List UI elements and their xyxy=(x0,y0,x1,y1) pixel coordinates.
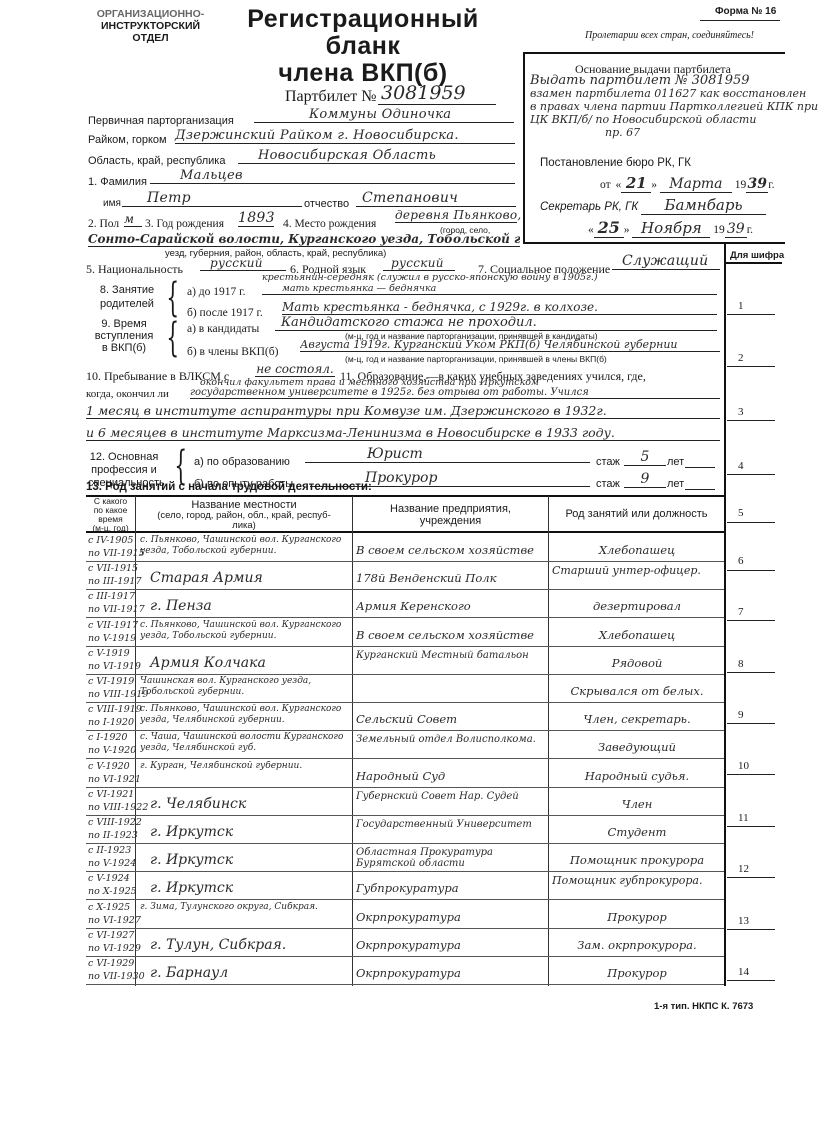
form-number: Форма № 16 xyxy=(715,6,776,17)
row-organization: В своем сельском хозяйстве xyxy=(356,543,546,557)
oblast-value: Новосибирская Область xyxy=(238,148,515,164)
education-value-3: и 6 месяцев в институте Марксизма-Ленини… xyxy=(86,425,720,441)
parents-before-value-1: крестьянин-середняк (служил в русско-япо… xyxy=(262,272,717,283)
cipher-number: 11 xyxy=(738,812,749,824)
row-position: Прокурор xyxy=(552,910,722,924)
cipher-number: 10 xyxy=(738,760,749,772)
member-caption: (м-ц, год и название парторганизации, пр… xyxy=(345,354,607,364)
basis-box-left-border xyxy=(523,52,525,244)
row-place: с. Пьянково, Чашинской вол. Курганского … xyxy=(140,620,350,642)
row-to-date: по VII-1915 xyxy=(88,548,145,559)
parents-label-1: 8. Занятие xyxy=(96,283,158,297)
cipher-number: 4 xyxy=(738,460,744,472)
row-place: Армия Колчака xyxy=(140,655,350,671)
cipher-number: 2 xyxy=(738,352,744,364)
by-education-label: а) по образованию xyxy=(194,456,290,468)
cipher-number: 14 xyxy=(738,966,749,978)
cipher-number: 8 xyxy=(738,658,744,670)
profession-label-1: 12. Основная xyxy=(88,451,160,464)
row-position: Зам. окрпрокурора. xyxy=(552,938,722,952)
col-header-org-line: учреждения xyxy=(353,515,548,527)
basis-box-bottom-border xyxy=(523,242,785,244)
row-from-date: с I-1920 xyxy=(88,732,127,743)
stazh-edu-value: 5 xyxy=(624,449,666,466)
partbilet-label: Партбилет № xyxy=(285,88,376,106)
row-divider xyxy=(86,899,724,900)
row-position: Рядовой xyxy=(552,656,722,670)
join-brace: { xyxy=(166,318,179,358)
cipher-number: 5 xyxy=(738,507,744,519)
row-organization: Окрпрокуратура xyxy=(356,966,546,980)
cipher-line xyxy=(727,980,775,981)
row-from-date: с VII-1915 xyxy=(88,563,138,574)
join-label-1: 9. Время xyxy=(88,318,160,330)
cipher-line xyxy=(727,522,775,523)
row-from-date: с VI-1919 xyxy=(88,676,134,687)
cipher-number: 6 xyxy=(738,555,744,567)
row-to-date: по VI-1921 xyxy=(88,774,141,785)
row-from-date: с II-1923 xyxy=(88,845,131,856)
col-header-org: Название предприятия, учреждения xyxy=(353,503,548,527)
let-exp-line xyxy=(685,489,715,490)
stazh-exp-value: 9 xyxy=(624,471,666,488)
cipher-number: 12 xyxy=(738,863,749,875)
row-organization: Губернский Совет Нар. Судей xyxy=(356,791,546,802)
department-label: ОРГАНИЗАЦИОННО- ИНСТРУКТОРСКИЙ ОТДЕЛ xyxy=(88,8,213,44)
col-header-period: С какого по какое время (м-ц, год) xyxy=(86,497,135,533)
row-to-date: по V-1924 xyxy=(88,858,136,869)
birth-year-value: 1893 xyxy=(238,210,274,227)
row-to-date: по VI-1919 xyxy=(88,661,141,672)
basis-line: пр. 67 xyxy=(530,126,818,139)
patronymic-value: Степанович xyxy=(356,190,516,207)
birthplace-value-1: деревня Пьянково, xyxy=(395,208,517,223)
candidate-value: Кандидатского стажа не проходил. xyxy=(275,315,717,331)
year-prefix: 19 xyxy=(735,179,747,191)
parents-label-2: родителей xyxy=(96,297,158,311)
row-organization: Губпрокуратура xyxy=(356,881,546,895)
row-to-date: по II-1923 xyxy=(88,830,138,841)
join-label-3: в ВКП(б) xyxy=(88,342,160,354)
let-edu-line xyxy=(685,467,715,468)
row-organization: Народный Суд xyxy=(356,769,546,783)
basis-box-top-border xyxy=(523,52,785,54)
row-from-date: с VIII-1922 xyxy=(88,817,142,828)
year-suffix: г. xyxy=(747,224,753,236)
by-education-value: Юрист xyxy=(305,446,590,463)
row-place: г. Иркутск xyxy=(140,852,350,868)
candidate-label: а) в кандидаты xyxy=(187,323,259,335)
row-position: Хлебопашец xyxy=(552,543,722,557)
table-top-border xyxy=(86,495,726,497)
secretary-signature: Бамнбарь xyxy=(641,196,766,215)
cipher-line xyxy=(727,672,775,673)
row-position: Хлебопашец xyxy=(552,628,722,642)
cipher-line xyxy=(727,570,775,571)
title-line-1: Регистрационный бланк xyxy=(218,6,508,60)
secretary-row: Секретарь РК, ГК Бамнбарь xyxy=(540,196,766,215)
row-from-date: с VII-1917 xyxy=(88,620,138,631)
row-position: дезертировал xyxy=(552,599,722,613)
social-value: Служащий xyxy=(612,253,720,270)
stazh-edu-label: стаж xyxy=(596,456,620,468)
year-prefix: 19 xyxy=(713,224,725,236)
row-to-date: по VI-1929 xyxy=(88,943,141,954)
birthplace-value-2: Сонто-Сарайской волости, Курганского уез… xyxy=(88,232,520,247)
cipher-line xyxy=(727,826,775,827)
education-value-1: государственном университете в 1925г. бе… xyxy=(190,387,720,399)
row-organization: Государственный Университет xyxy=(356,819,546,830)
row-position: Заведующий xyxy=(552,740,722,754)
row-organization: Областная Прокуратура Бурятской области xyxy=(356,847,546,869)
primary-org-value: Коммуны Одиночка xyxy=(254,107,514,123)
birthplace-label: 4. Место рождения xyxy=(283,218,376,230)
cipher-line xyxy=(727,366,775,367)
row-position: Скрывался от белых. xyxy=(552,684,722,698)
row-divider xyxy=(86,758,724,759)
nationality-value: русский xyxy=(200,256,286,271)
dept-line-3: ОТДЕЛ xyxy=(88,32,213,44)
partbilet-number: 3081959 xyxy=(378,82,496,105)
komsomol-value: не состоял. xyxy=(255,362,335,377)
parents-label: 8. Занятие родителей xyxy=(96,283,158,311)
language-value: русский xyxy=(383,256,455,271)
birth-year-label: 3. Год рождения xyxy=(145,218,224,230)
form-number-underline xyxy=(700,20,780,21)
join-label: 9. Время вступления в ВКП(б) xyxy=(88,318,160,354)
row-from-date: с V-1920 xyxy=(88,761,130,772)
row-place: г. Тулун, Сибкрая. xyxy=(140,937,350,953)
row-position: Прокурор xyxy=(552,966,722,980)
from-year: 39 xyxy=(746,176,768,193)
row-place: Старая Армия xyxy=(140,570,350,586)
row-to-date: по V-1920 xyxy=(88,745,136,756)
cipher-header-underline xyxy=(726,262,782,264)
dept-line-2: ИНСТРУКТОРСКИЙ xyxy=(88,20,213,32)
member-value: Августа 1919г. Курганский Уком РКП(б) Че… xyxy=(300,338,720,352)
row-from-date: с VIII-1919 xyxy=(88,704,142,715)
basis-line: ЦК ВКП/б/ по Новосибирской области xyxy=(530,113,818,126)
row-from-date: с VI-1927 xyxy=(88,930,134,941)
row-place: с. Чаша, Чашинской волости Курганского у… xyxy=(140,732,350,754)
let-edu-label: лет xyxy=(667,456,684,468)
profession-brace: { xyxy=(174,446,187,486)
cipher-line xyxy=(727,314,775,315)
row-place: с. Пьянково, Чашинской вол. Курганского … xyxy=(140,704,350,726)
cipher-number: 7 xyxy=(738,606,744,618)
from-day: 21 xyxy=(621,174,651,193)
row-position: Помощник губпрокурора. xyxy=(552,875,722,887)
basis-line: в правах члена партии Партколлегией КПК … xyxy=(530,100,818,113)
raikom-value: Дзержинский Райком г. Новосибирска. xyxy=(175,128,515,144)
printer-imprint: 1-я тип. НКПС К. 7673 xyxy=(654,1001,753,1012)
col-header-position: Род занятий или должность xyxy=(549,508,724,520)
basis-line: взамен партбилета 011627 как восстановле… xyxy=(530,87,818,100)
raikom-label: Райком, горком xyxy=(88,134,167,146)
join-label-2: вступления xyxy=(88,330,160,342)
page-title: Регистрационный бланк члена ВКП(б) xyxy=(218,6,508,87)
row-place: г. Курган, Челябинской губернии. xyxy=(140,761,350,772)
row-place: с. Пьянково, Чашинской вол. Курганского … xyxy=(140,535,350,557)
sex-label: 2. Пол xyxy=(88,218,119,230)
from-label: от xyxy=(600,179,611,191)
row-from-date: с III-1917 xyxy=(88,591,135,602)
row-divider xyxy=(86,617,724,618)
name-value: Петр xyxy=(122,190,302,207)
member-label: б) в члены ВКП(б) xyxy=(187,346,278,358)
cipher-line xyxy=(727,723,775,724)
sig-day: 25 xyxy=(594,218,624,238)
row-to-date: по V-1919 xyxy=(88,633,136,644)
row-position: Член xyxy=(552,797,722,811)
slogan: Пролетарии всех стран, соединяйтесь! xyxy=(585,30,754,41)
parents-after-value: Мать крестьянка - беднячка, с 1929г. в к… xyxy=(282,300,717,315)
primary-org-label: Первичная парторганизация xyxy=(88,115,234,127)
name-label: имя xyxy=(103,198,121,209)
row-from-date: с X-1925 xyxy=(88,902,130,913)
cipher-line xyxy=(727,620,775,621)
row-position: Народный судья. xyxy=(552,769,722,783)
row-place: г. Барнаул xyxy=(140,965,350,981)
row-from-date: с VI-1929 xyxy=(88,958,134,969)
cipher-number: 9 xyxy=(738,709,744,721)
resolution-date: от «21» Марта 1939г. xyxy=(600,174,775,193)
resolution-label: Постановление бюро РК, ГК xyxy=(540,157,691,169)
oblast-label: Область, край, республика xyxy=(88,155,225,167)
let-exp-label: лет xyxy=(667,478,684,490)
row-from-date: с V-1924 xyxy=(88,873,130,884)
surname-label: 1. Фамилия xyxy=(88,176,147,188)
cipher-line xyxy=(727,420,775,421)
row-place: г. Иркутск xyxy=(140,824,350,840)
row-organization: Земельный отдел Волисполкома. xyxy=(356,734,546,745)
education-label-2: когда, окончил ли xyxy=(86,388,169,400)
row-organization: Окрпрокуратура xyxy=(356,938,546,952)
year-suffix: г. xyxy=(768,179,774,191)
row-organization: Окрпрокуратура xyxy=(356,910,546,924)
sig-year: 39 xyxy=(725,221,747,238)
row-position: Помощник прокурора xyxy=(552,853,722,867)
row-divider xyxy=(86,984,724,985)
cipher-number: 1 xyxy=(738,300,744,312)
signature-date: «25» Ноября 1939г. xyxy=(588,218,753,238)
cipher-line xyxy=(727,877,775,878)
row-to-date: по III-1917 xyxy=(88,576,142,587)
sig-month: Ноября xyxy=(632,219,710,238)
parents-before-value-2: мать крестьянка — беднячка xyxy=(262,283,717,295)
table-header-bottom-border xyxy=(86,531,726,533)
row-position: Член, секретарь. xyxy=(552,712,722,726)
sex-value: м xyxy=(124,212,142,227)
col-header-org-line: Название предприятия, xyxy=(353,503,548,515)
work-history-title: 13. Род занятий с начала трудовой деятел… xyxy=(86,481,372,493)
cipher-line xyxy=(727,929,775,930)
row-position: Старший унтер-офицер. xyxy=(552,565,722,577)
cipher-header: Для шифра xyxy=(730,250,784,261)
cipher-number: 3 xyxy=(738,406,744,418)
surname-value: Мальцев xyxy=(150,168,515,184)
row-place: г. Пенза xyxy=(140,598,350,614)
row-organization: Сельский Совет xyxy=(356,712,546,726)
row-from-date: с VI-1921 xyxy=(88,789,134,800)
cipher-number: 13 xyxy=(738,915,749,927)
row-organization: Курганский Местный батальон xyxy=(356,650,546,661)
profession-label-2: профессия и xyxy=(88,464,160,477)
parents-before-label: а) до 1917 г. xyxy=(187,286,245,298)
row-organization: Армия Керенского xyxy=(356,599,546,613)
row-to-date: по VII-1917 xyxy=(88,604,145,615)
dept-line-1: ОРГАНИЗАЦИОННО- xyxy=(88,8,213,20)
col-header-period-line: (м-ц, год) xyxy=(86,524,135,533)
stazh-exp-label: стаж xyxy=(596,478,620,490)
col-header-place-line: лика) xyxy=(137,521,351,531)
basis-line: Выдать партбилет № 3081959 xyxy=(530,74,818,87)
row-from-date: с IV-1905 xyxy=(88,535,133,546)
row-position: Студент xyxy=(552,825,722,839)
patronymic-label: отчество xyxy=(304,198,349,210)
parents-after-label: б) после 1917 г. xyxy=(187,307,263,319)
row-place: г. Челябинск xyxy=(140,796,350,812)
row-to-date: по VII-1930 xyxy=(88,971,145,982)
row-to-date: по X-1925 xyxy=(88,886,137,897)
col-header-place: Название местности (село, город, район, … xyxy=(137,499,351,531)
cipher-line xyxy=(727,774,775,775)
basis-text: Выдать партбилет № 3081959 взамен партби… xyxy=(530,74,818,139)
row-organization: В своем сельском хозяйстве xyxy=(356,628,546,642)
parents-brace: { xyxy=(166,278,179,318)
row-place: Чашинская вол. Курганского уезда, Тоболь… xyxy=(140,676,350,698)
row-to-date: по I-1920 xyxy=(88,717,134,728)
from-month: Марта xyxy=(660,176,732,193)
education-value-2: 1 месяц в институте аспирантуры при Комв… xyxy=(86,403,720,419)
secretary-label: Секретарь РК, ГК xyxy=(540,201,638,213)
cipher-line xyxy=(727,474,775,475)
row-from-date: с V-1919 xyxy=(88,648,130,659)
row-organization: 178й Венденский Полк xyxy=(356,571,546,585)
row-place: г. Иркутск xyxy=(140,880,350,896)
row-place: г. Зима, Тулунского округа, Сибкрая. xyxy=(140,902,350,913)
row-to-date: по VI-1927 xyxy=(88,915,141,926)
